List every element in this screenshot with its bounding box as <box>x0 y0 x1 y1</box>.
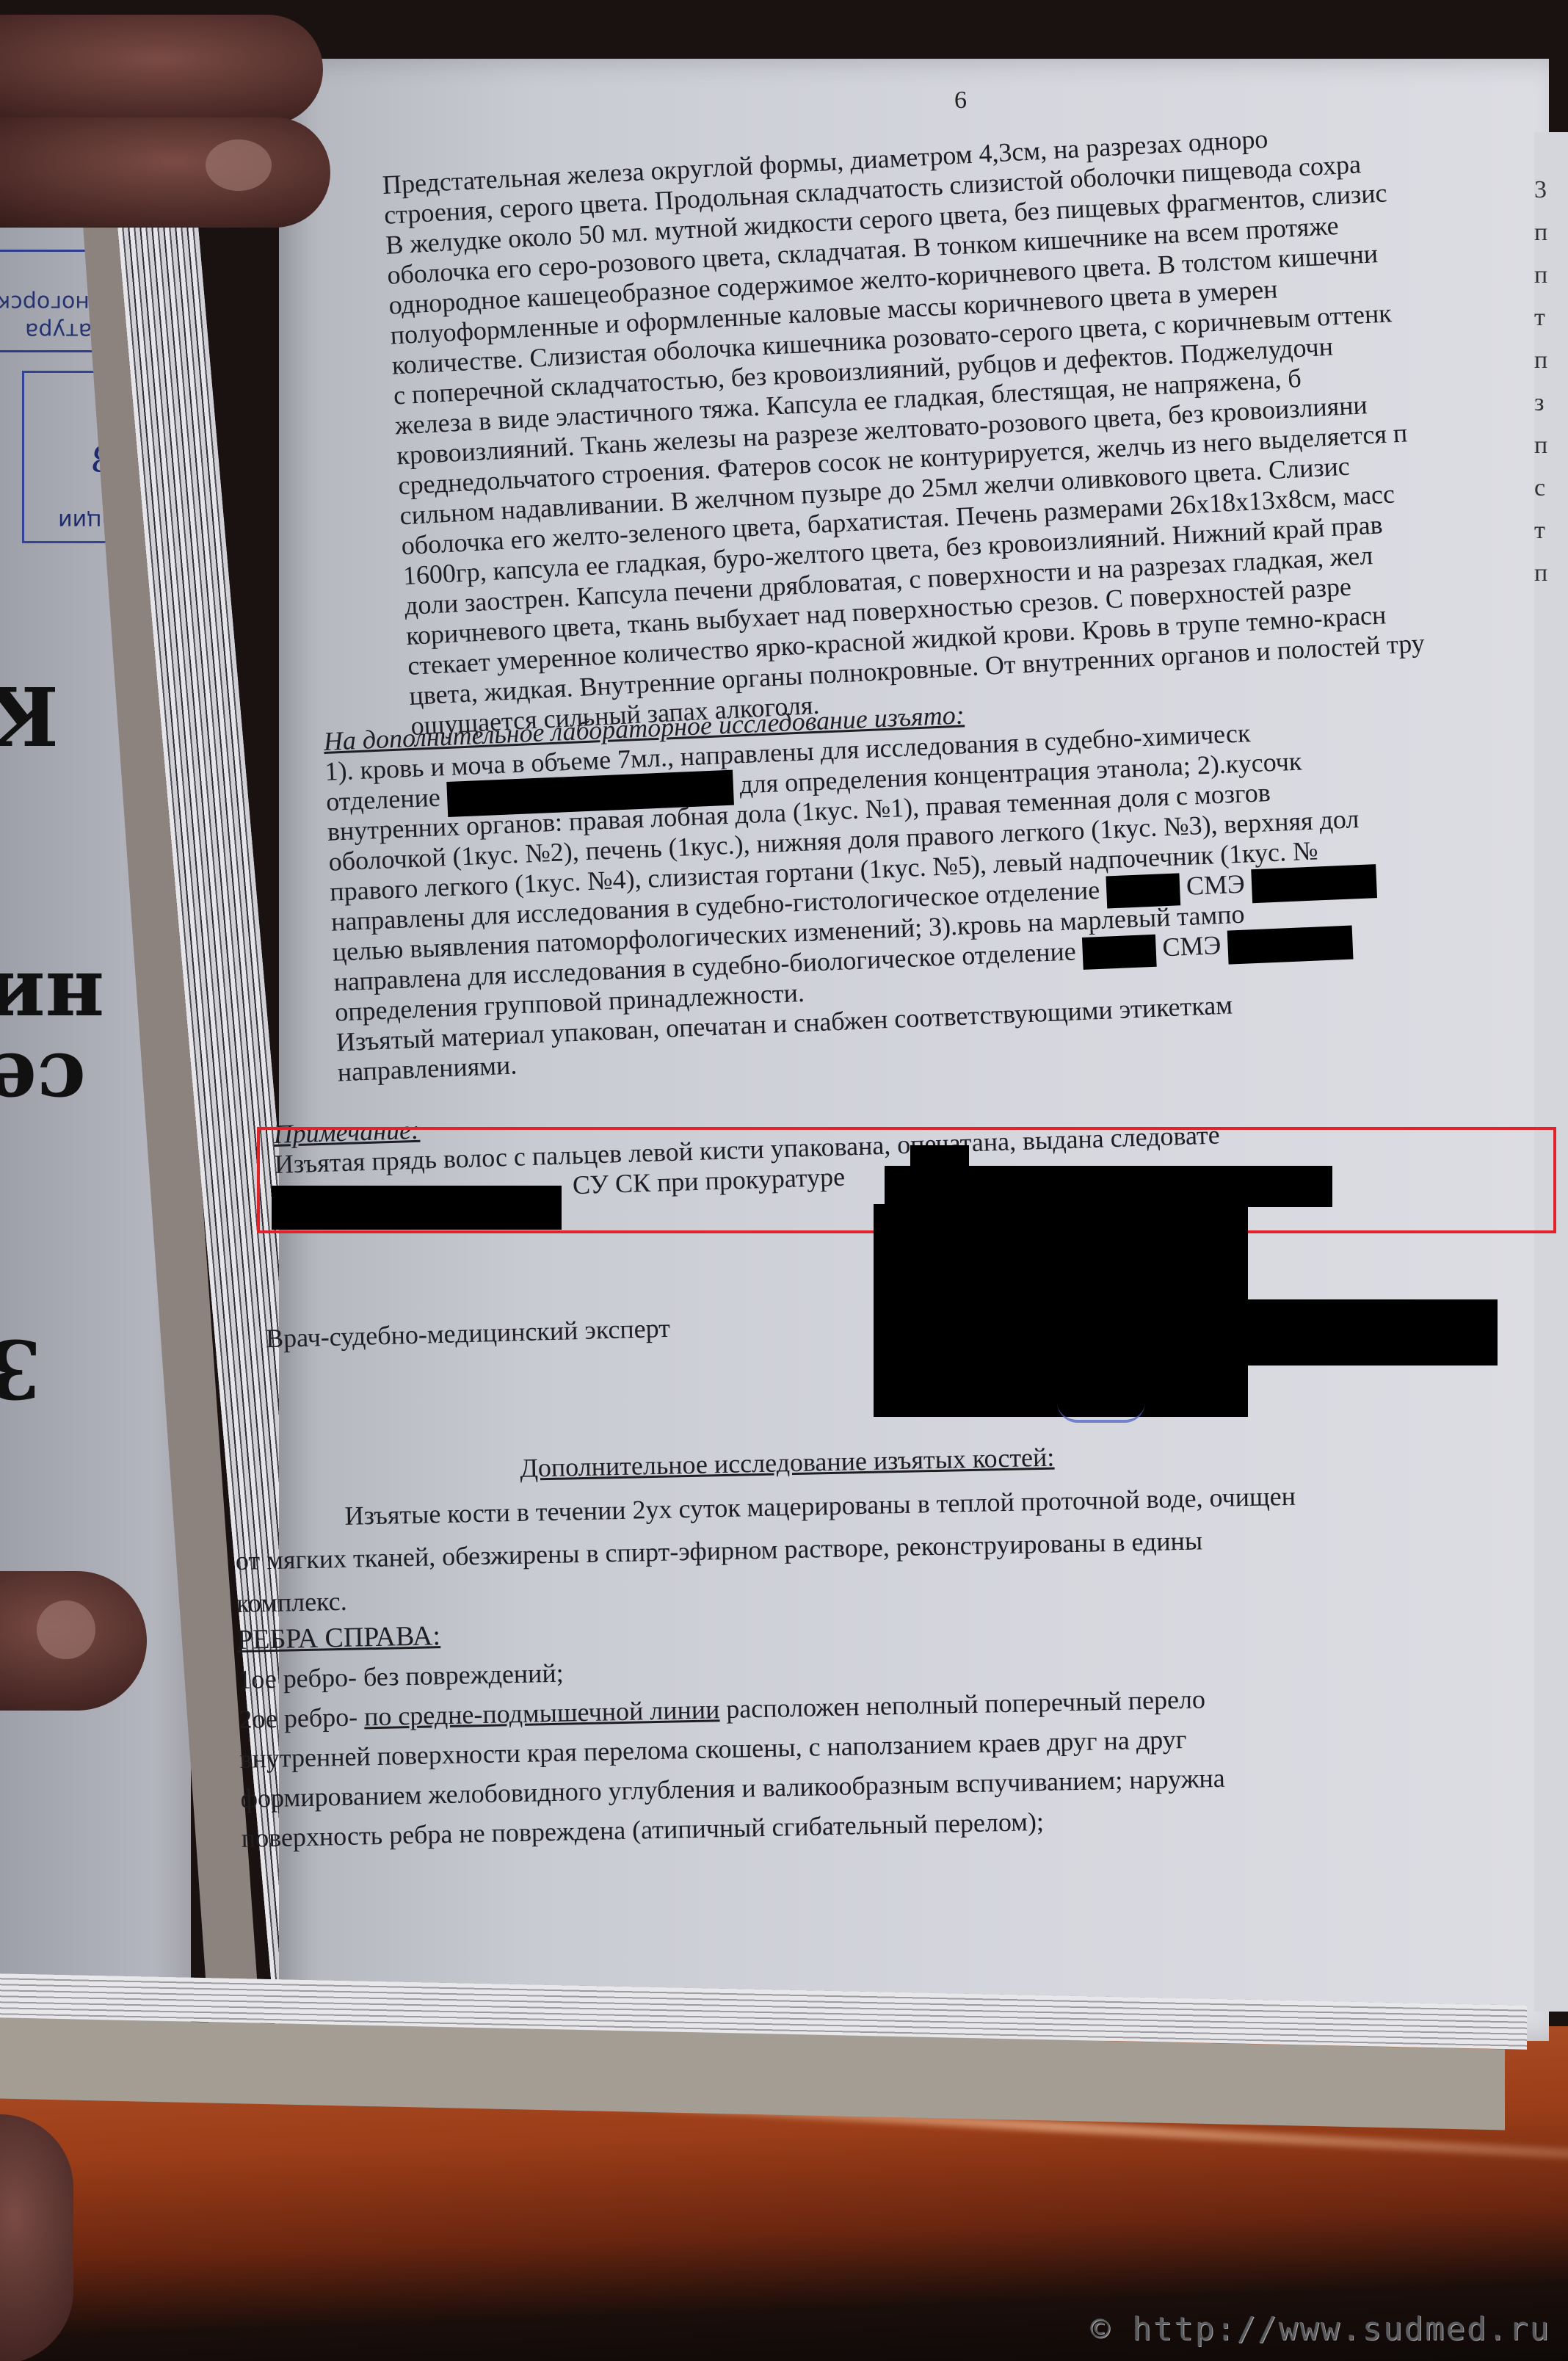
next-page-fragment: з <box>1534 382 1568 424</box>
signature-redaction <box>874 1204 1248 1417</box>
large-text-fragment: К <box>0 668 59 763</box>
signature-redaction <box>1248 1299 1498 1366</box>
rib-label: 2ое ребро- <box>239 1702 358 1734</box>
fingernail <box>206 139 272 191</box>
redaction-block <box>1227 925 1353 964</box>
next-page-fragment: т <box>1534 297 1568 339</box>
next-page-fragment: 3 <box>1534 169 1568 211</box>
redaction-block <box>1251 864 1377 903</box>
thumb <box>0 117 330 228</box>
seal-stamp-fragment <box>1057 1402 1145 1423</box>
bone-examination-section: Дополнительное исследование изъятых кост… <box>233 1437 1303 1863</box>
thumb <box>0 1571 147 1711</box>
lab-samples-section: На дополнительное лабораторное исследова… <box>323 683 1383 1087</box>
next-page-fragment: п <box>1534 552 1568 595</box>
page-number: 6 <box>954 87 967 115</box>
lab-line-text: СМЭ <box>1162 930 1222 962</box>
watermark: © http://www.sudmed.ru <box>1090 2310 1550 2348</box>
fingernail <box>37 1600 95 1659</box>
hand <box>0 2114 73 2361</box>
autopsy-findings-paragraph: Предстательная железа округлой формы, ди… <box>382 117 1427 741</box>
next-page-fragment: п <box>1534 254 1568 297</box>
next-page-fragment: п <box>1534 339 1568 382</box>
next-page-fragment: с <box>1534 467 1568 509</box>
next-page-sliver: 3 п п т п з п с т п <box>1534 132 1568 2012</box>
next-page-fragment: п <box>1534 211 1568 254</box>
next-page-fragment: т <box>1534 509 1568 552</box>
large-text-fragment: 3 <box>0 1321 42 1416</box>
large-text-fragment: се <box>0 1035 86 1130</box>
next-page-fragment: п <box>1534 424 1568 467</box>
redaction-block <box>1082 935 1157 970</box>
finger <box>0 15 323 125</box>
lab-line-text: отделение <box>325 783 440 816</box>
lab-line-text: СМЭ <box>1186 869 1245 901</box>
